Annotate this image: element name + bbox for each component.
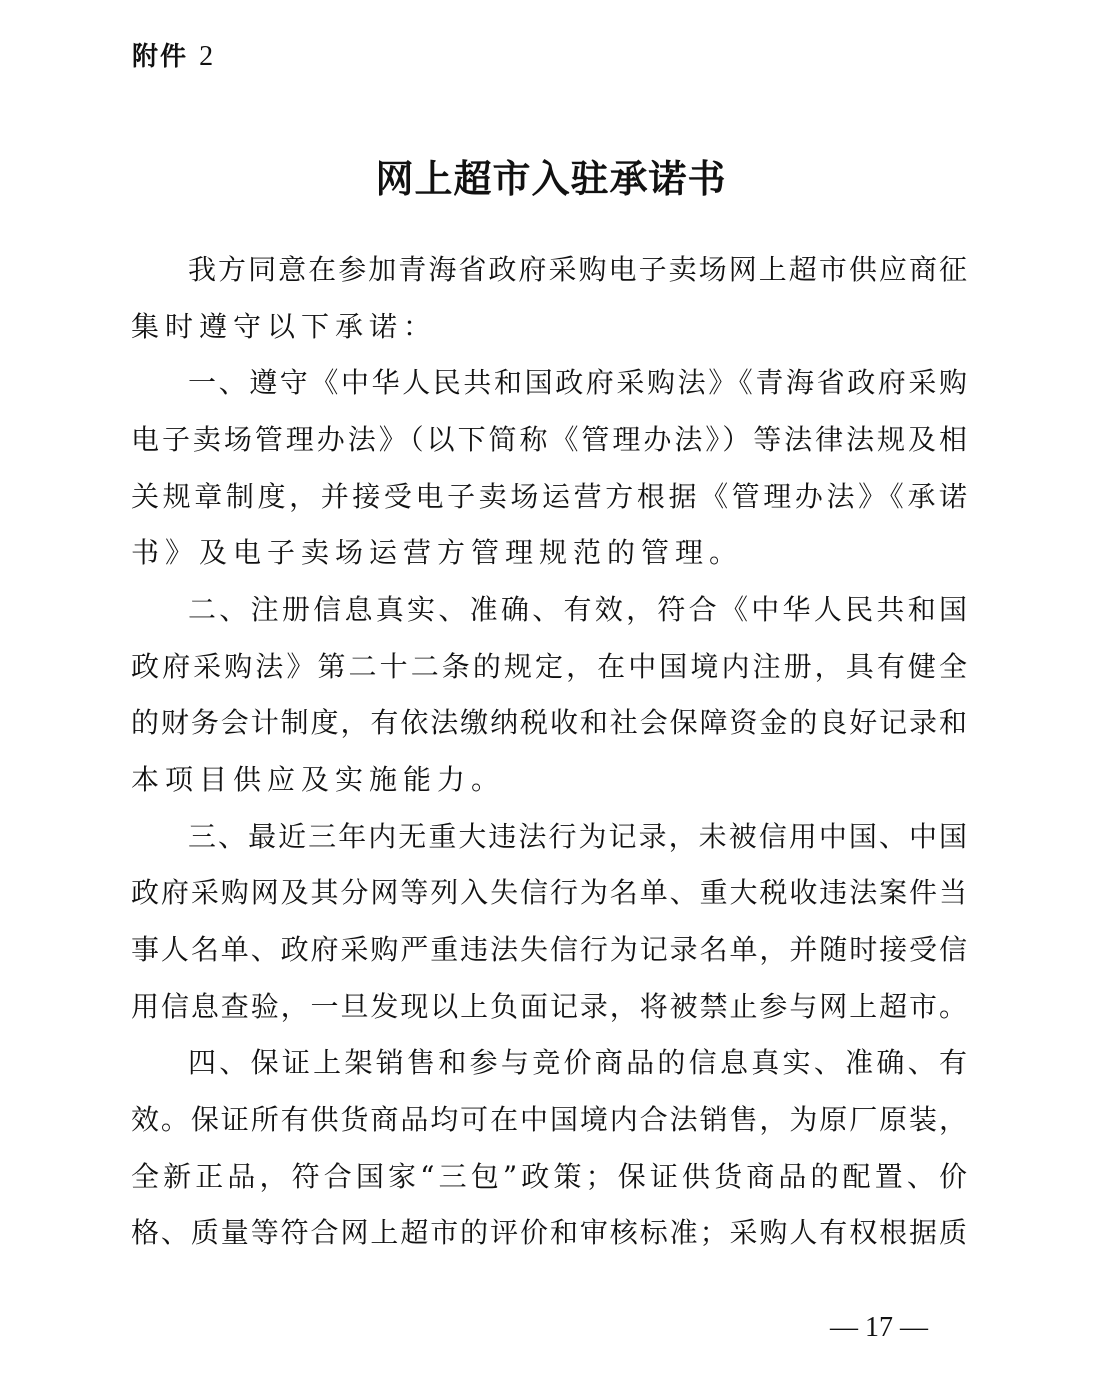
text-line: 电子卖场管理办法》（以下简称《管理办法》）等法律法规及相	[131, 420, 967, 460]
text-line: 政府采购网及其分网等列入失信行为名单、重大税收违法案件当	[131, 873, 967, 913]
text-line: 二、注册信息真实、准确、有效，符合《中华人民共和国	[188, 590, 967, 630]
document-title: 网上超市入驻承诺书	[0, 148, 1102, 203]
text-line: 三、最近三年内无重大违法行为记录，未被信用中国、中国	[188, 817, 967, 857]
text-line: 集时遵守以下承诺：	[131, 307, 967, 347]
text-line: 效。保证所有供货商品均可在中国境内合法销售，为原厂原装，	[131, 1100, 967, 1140]
text-line: 我方同意在参加青海省政府采购电子卖场网上超市供应商征	[188, 250, 967, 290]
attachment-label: 附件 2	[132, 36, 215, 73]
text-line: 一、遵守《中华人民共和国政府采购法》《青海省政府采购	[188, 363, 967, 403]
text-line: 的财务会计制度，有依法缴纳税收和社会保障资金的良好记录和	[131, 703, 967, 743]
text-line: 政府采购法》第二十二条的规定，在中国境内注册，具有健全	[131, 647, 967, 687]
text-line: 用信息查验，一旦发现以上负面记录，将被禁止参与网上超市。	[131, 987, 967, 1027]
attachment-number: 2	[199, 41, 215, 72]
text-line: 事人名单、政府采购严重违法失信行为记录名单，并随时接受信	[131, 930, 967, 970]
attachment-label-text: 附件	[132, 42, 188, 72]
text-line: 四、保证上架销售和参与竞价商品的信息真实、准确、有	[188, 1043, 967, 1083]
text-line: 格、质量等符合网上超市的评价和审核标准；采购人有权根据质	[131, 1213, 967, 1253]
text-line: 全新正品，符合国家“三包”政策；保证供货商品的配置、价	[131, 1157, 967, 1197]
text-line: 书》及电子卖场运营方管理规范的管理。	[131, 533, 967, 573]
text-line: 本项目供应及实施能力。	[131, 760, 967, 800]
page-number: — 17 —	[830, 1312, 928, 1344]
text-line: 关规章制度，并接受电子卖场运营方根据《管理办法》《承诺	[131, 477, 967, 517]
